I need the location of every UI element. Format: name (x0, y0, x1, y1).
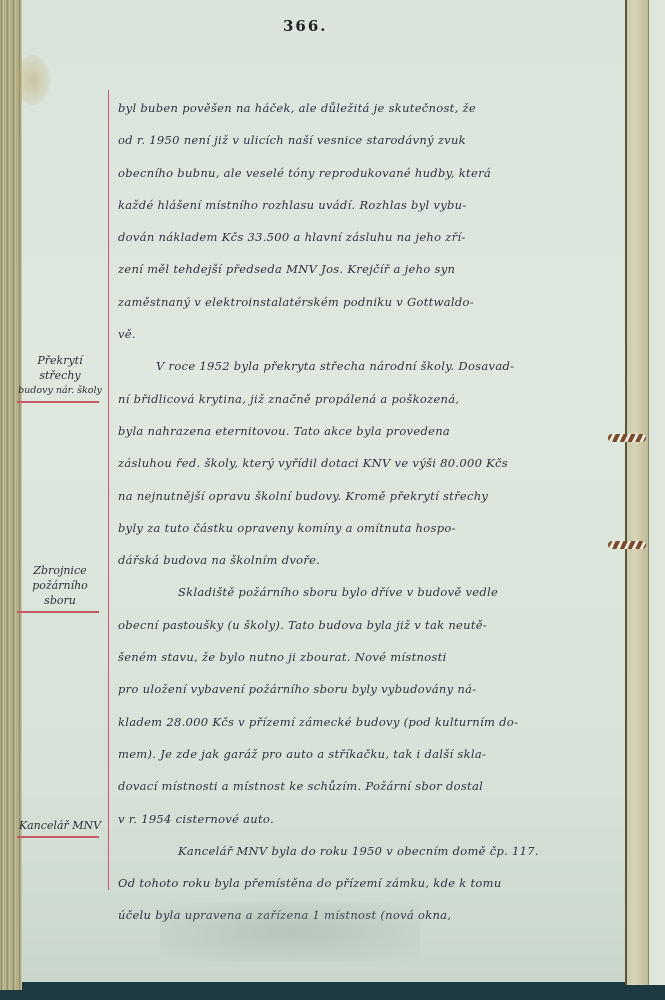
text-line: v r. 1954 cisternové auto. (118, 803, 578, 835)
book-spine (626, 0, 648, 985)
text-line: zaměstnaný v elektroinstalatérském podni… (118, 286, 578, 318)
text-line: na nejnutnější opravu školní budovy. Kro… (118, 480, 578, 512)
ledger-page: 366. Překrytí střechy budovy nár. školy … (0, 0, 632, 982)
text-line: dovací místnosti a místnost ke schůzím. … (118, 770, 578, 802)
margin-note-firehouse: Zbrojnice požárního sboru (18, 563, 102, 613)
text-line: zení měl tehdejší předseda MNV Jos. Krej… (118, 253, 578, 285)
text-line: od r. 1950 není již v ulicích naší vesni… (118, 124, 578, 156)
page-number: 366. (283, 17, 328, 35)
margin-note-line: Překrytí (18, 353, 102, 368)
text-line: byla nahrazena eternitovou. Tato akce by… (118, 415, 578, 447)
margin-note-office: Kancelář MNV (18, 818, 102, 838)
text-line: ní břidlicová krytina, již značně propál… (118, 383, 578, 415)
left-page-edges (0, 0, 22, 990)
text-line: Od tohoto roku byla přemístěna do přízem… (118, 867, 578, 899)
margin-note-line: Kancelář MNV (18, 818, 102, 833)
margin-note-roof: Překrytí střechy budovy nár. školy (18, 353, 102, 403)
margin-note-line: sboru (18, 593, 102, 608)
text-line: dářská budova na školním dvoře. (118, 544, 578, 576)
margin-note-line: požárního (18, 578, 102, 593)
text-line: vě. (118, 318, 578, 350)
text-line: mem). Je zde jak garáž pro auto a stříka… (118, 738, 578, 770)
text-line: zásluhou řed. školy, který vyřídil dotac… (118, 447, 578, 479)
binding-string (608, 434, 646, 442)
margin-note-line: Zbrojnice (18, 563, 102, 578)
text-line: každé hlášení místního rozhlasu uvádí. R… (118, 189, 578, 221)
handwritten-body: byl buben pověšen na háček, ale důležitá… (118, 92, 578, 932)
text-line: byl buben pověšen na háček, ale důležitá… (118, 92, 578, 124)
text-line: účelu byla upravena a zařízena 1 místnos… (118, 899, 578, 931)
text-line: obecního bubnu, ale veselé tóny reproduk… (118, 157, 578, 189)
binding-string (608, 541, 646, 549)
text-line: šeném stavu, že bylo nutno ji zbourat. N… (118, 641, 578, 673)
text-line: Kancelář MNV byla do roku 1950 v obecním… (118, 835, 578, 867)
margin-note-line: střechy (18, 368, 102, 383)
margin-note-underline (17, 836, 99, 838)
text-line: dován nákladem Kčs 33.500 a hlavní záslu… (118, 221, 578, 253)
facing-page-edge (648, 0, 665, 985)
margin-note-line: budovy nár. školy (18, 383, 102, 398)
gutter-line (625, 0, 627, 985)
text-line: obecní pastoušky (u školy). Tato budova … (118, 609, 578, 641)
paper-stain (15, 55, 50, 105)
margin-rule (108, 90, 109, 890)
text-line: V roce 1952 byla překryta střecha národn… (118, 350, 578, 382)
text-line: Skladiště požárního sboru bylo dříve v b… (118, 576, 578, 608)
text-line: pro uložení vybavení požárního sboru byl… (118, 673, 578, 705)
margin-note-underline (17, 401, 99, 403)
text-line: kladem 28.000 Kčs v přízemí zámecké budo… (118, 706, 578, 738)
text-line: byly za tuto částku opraveny komíny a om… (118, 512, 578, 544)
margin-note-underline (17, 611, 99, 613)
